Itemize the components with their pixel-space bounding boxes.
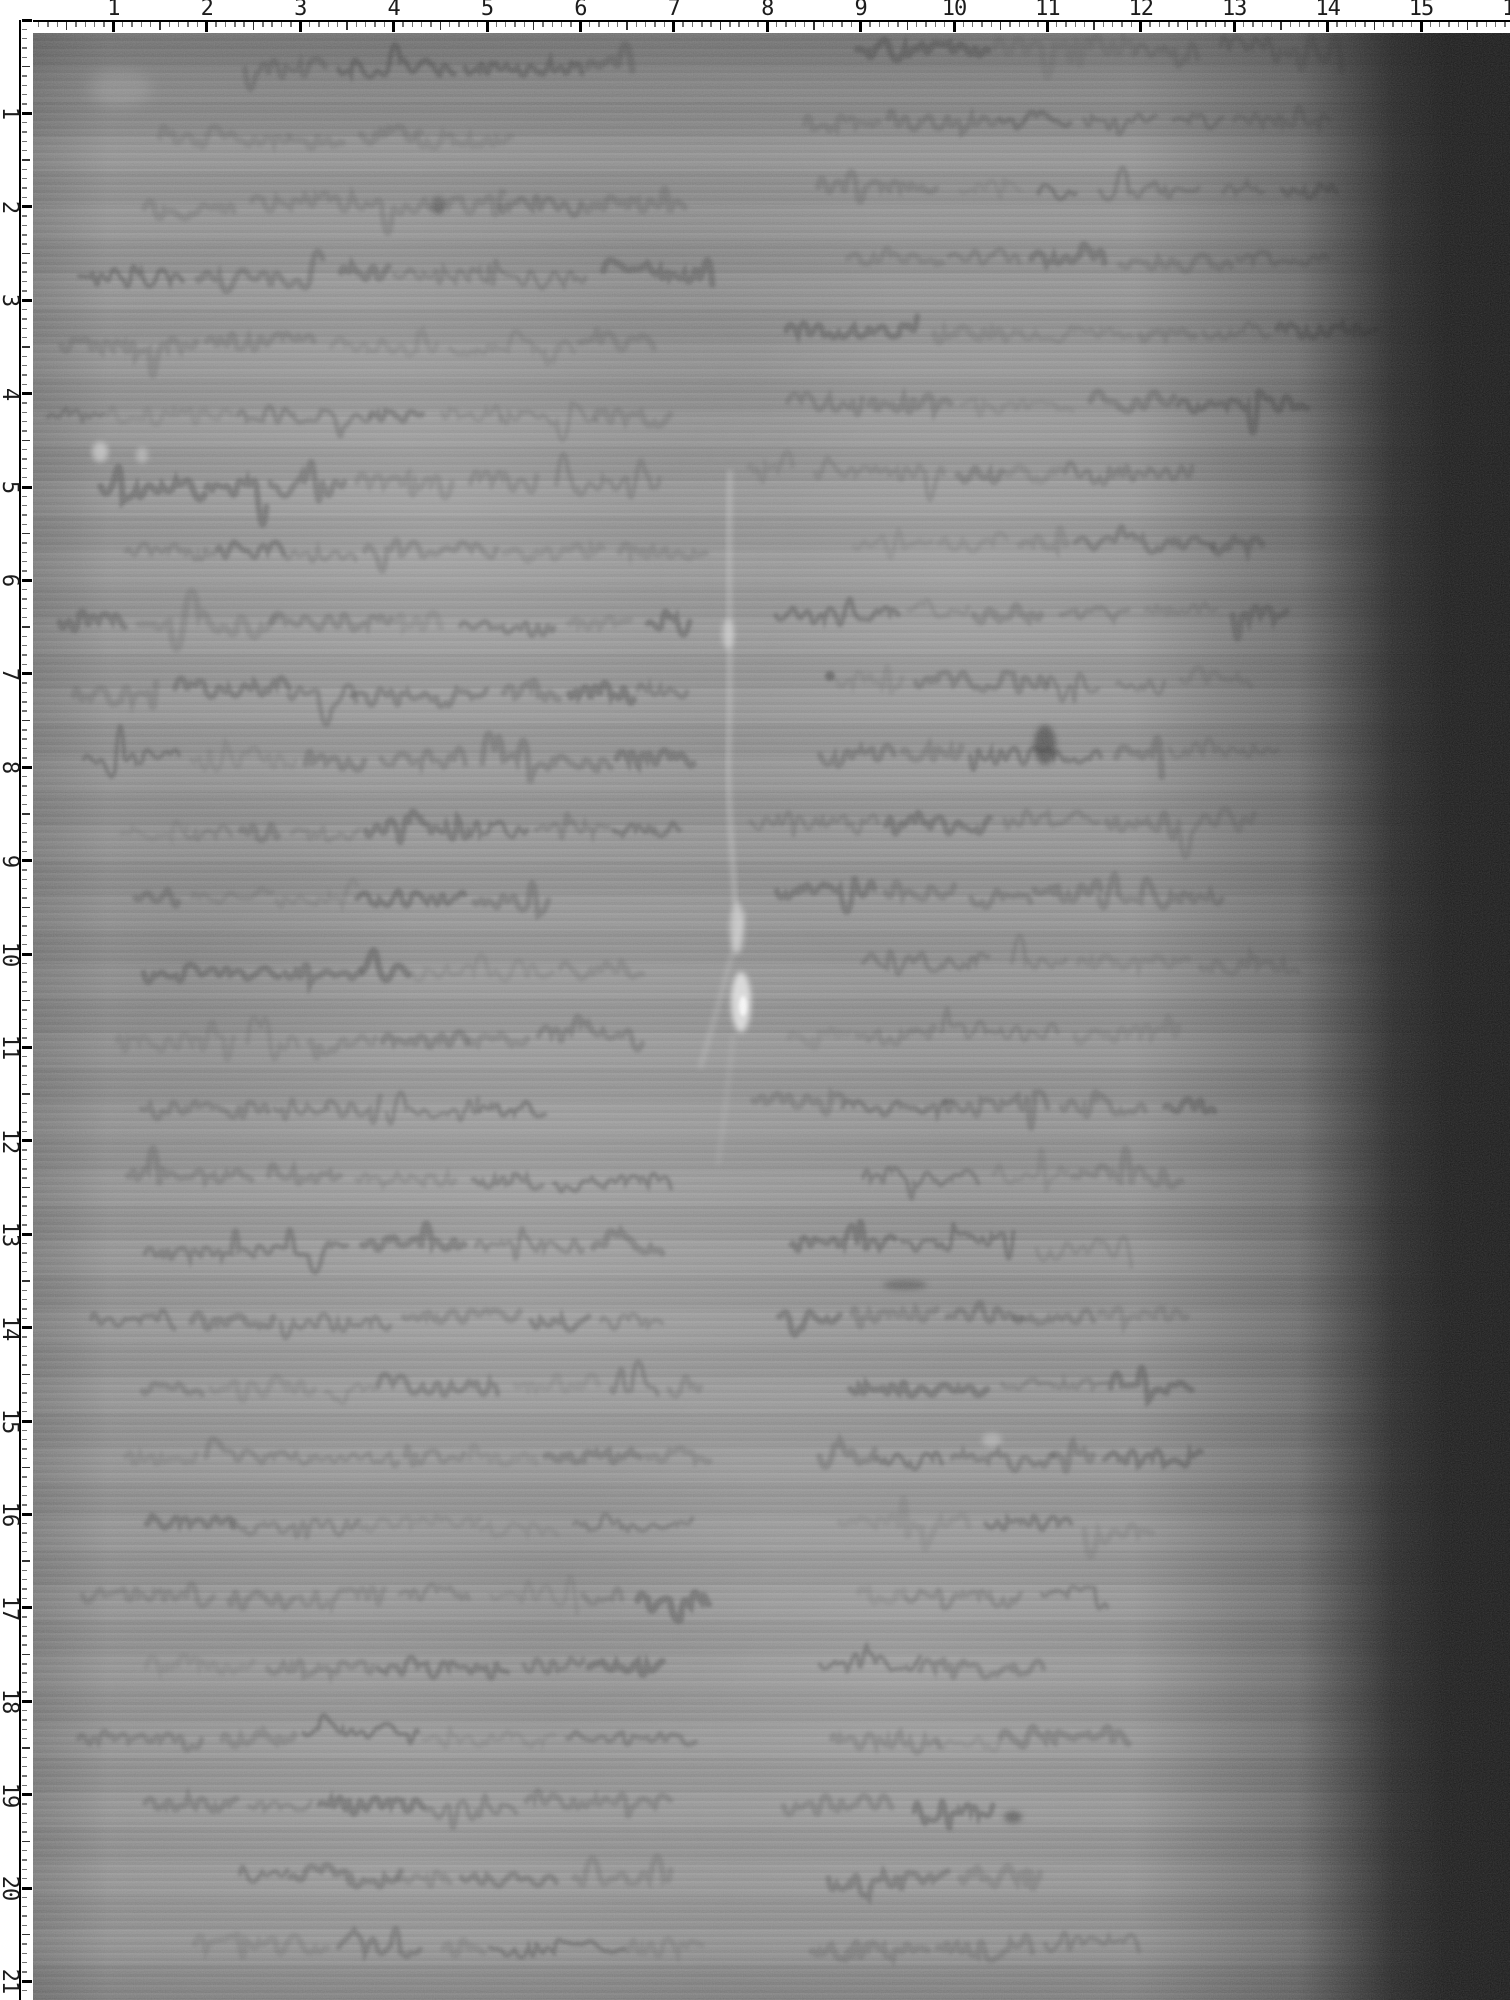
ruler-tick bbox=[766, 22, 769, 32]
ruler-tick bbox=[22, 1075, 28, 1076]
ruler-tick bbox=[197, 22, 198, 28]
ruler-tick bbox=[22, 299, 32, 302]
ruler-tick bbox=[22, 29, 28, 30]
ruler-tick bbox=[505, 22, 506, 28]
ruler-tick bbox=[22, 1570, 28, 1571]
ruler-tick bbox=[22, 1878, 28, 1879]
ruler-tick bbox=[22, 1897, 28, 1898]
ruler-tick bbox=[1215, 22, 1216, 28]
ruler-tick bbox=[1476, 22, 1477, 28]
ruler-tick bbox=[22, 1420, 32, 1423]
ruler-tick bbox=[328, 22, 329, 28]
ruler-tick bbox=[1326, 22, 1329, 32]
ruler-tick bbox=[22, 486, 32, 489]
top-ruler-number: 6 bbox=[574, 0, 586, 19]
ruler-tick bbox=[981, 22, 982, 28]
ruler-tick bbox=[131, 22, 132, 28]
ruler-tick bbox=[477, 22, 478, 28]
ruler-tick bbox=[1346, 22, 1347, 28]
ruler-tick bbox=[309, 22, 310, 28]
ruler-tick bbox=[22, 1980, 32, 1983]
ruler-tick bbox=[496, 22, 497, 28]
ruler-tick bbox=[22, 729, 28, 730]
ruler-tick bbox=[22, 701, 28, 702]
ruler-tick bbox=[22, 1738, 28, 1739]
ruler-tick bbox=[1028, 22, 1029, 28]
ruler-tick bbox=[570, 22, 571, 28]
ruler-tick bbox=[22, 1355, 28, 1356]
ruler-tick bbox=[823, 22, 824, 28]
ruler-tick bbox=[22, 57, 28, 58]
ruler-tick bbox=[972, 22, 973, 28]
ruler-tick bbox=[22, 1626, 28, 1627]
ruler-tick bbox=[22, 859, 32, 862]
ruler-tick bbox=[654, 22, 655, 28]
ruler-tick bbox=[22, 1785, 28, 1786]
ruler-tick bbox=[22, 1542, 28, 1543]
ruler-tick bbox=[22, 944, 28, 945]
manuscript-scan: 012345678910111213141516 123456789101112… bbox=[0, 0, 1510, 2000]
ruler-tick bbox=[22, 1953, 28, 1954]
ruler-tick bbox=[22, 1579, 28, 1580]
ruler-tick bbox=[1262, 22, 1263, 28]
ruler-tick bbox=[748, 22, 749, 28]
ruler-tick bbox=[22, 328, 28, 329]
ruler-tick bbox=[94, 22, 95, 28]
ruler-tick bbox=[22, 1990, 28, 1991]
ruler-tick bbox=[22, 1065, 28, 1066]
ruler-tick bbox=[1374, 22, 1375, 30]
left-ruler-number: 20 bbox=[0, 1876, 19, 1901]
left-ruler-number: 11 bbox=[0, 1035, 19, 1060]
ruler-tick bbox=[533, 22, 534, 30]
ruler-tick bbox=[22, 402, 28, 403]
ruler-tick bbox=[22, 1139, 32, 1142]
ruler-tick bbox=[22, 1841, 30, 1842]
ruler-tick bbox=[22, 935, 28, 936]
ruler-tick bbox=[22, 103, 28, 104]
ruler-tick bbox=[22, 85, 28, 86]
ruler-tick bbox=[729, 22, 730, 28]
ruler-tick bbox=[486, 22, 489, 32]
ruler-tick bbox=[22, 290, 28, 291]
ruler-tick bbox=[720, 22, 721, 30]
ruler-tick bbox=[22, 598, 28, 599]
ruler-tick bbox=[795, 22, 796, 28]
ruler-tick bbox=[22, 561, 28, 562]
ruler-tick bbox=[925, 22, 926, 28]
ruler-tick bbox=[374, 22, 375, 28]
ruler-tick bbox=[22, 1326, 32, 1329]
ruler-tick bbox=[22, 1028, 28, 1029]
ruler-tick bbox=[22, 1700, 32, 1703]
ruler-tick bbox=[626, 22, 627, 30]
ruler-tick bbox=[888, 22, 889, 28]
ruler-tick bbox=[318, 22, 319, 28]
ruler-tick bbox=[22, 1037, 28, 1038]
ruler-tick bbox=[22, 1177, 28, 1178]
ruler-tick bbox=[22, 1915, 28, 1916]
ruler-tick bbox=[22, 1364, 28, 1365]
ruler-tick bbox=[22, 710, 28, 711]
ruler-tick bbox=[22, 851, 28, 852]
lighting-shade-and-black-band bbox=[33, 33, 1510, 2000]
ruler-tick bbox=[22, 1224, 28, 1225]
ruler-tick bbox=[22, 1588, 28, 1589]
ruler-tick bbox=[22, 1383, 28, 1384]
ruler-tick bbox=[944, 22, 945, 28]
ruler-tick bbox=[22, 645, 28, 646]
ruler-tick bbox=[22, 1299, 28, 1300]
ruler-tick bbox=[963, 22, 964, 28]
ruler-tick bbox=[22, 1616, 28, 1617]
ruler-tick bbox=[1290, 22, 1291, 28]
left-ruler-number: 4 bbox=[0, 387, 19, 399]
ruler-tick bbox=[22, 1850, 28, 1851]
ruler-tick bbox=[57, 22, 58, 28]
ruler-tick bbox=[542, 22, 543, 28]
ruler-tick bbox=[281, 22, 282, 28]
ruler-tick bbox=[22, 626, 30, 627]
ruler-tick bbox=[22, 1243, 28, 1244]
left-ruler-number: 16 bbox=[0, 1502, 19, 1527]
ruler-tick bbox=[785, 22, 786, 28]
left-ruler-number: 8 bbox=[0, 761, 19, 773]
ruler-tick bbox=[1177, 22, 1178, 28]
ruler-tick bbox=[1131, 22, 1132, 28]
ruler-tick bbox=[22, 1262, 28, 1263]
ruler-tick bbox=[879, 22, 880, 28]
ruler-tick bbox=[22, 879, 28, 880]
ruler-tick bbox=[1243, 22, 1244, 28]
ruler-tick bbox=[22, 47, 28, 48]
ruler-tick bbox=[225, 22, 226, 28]
left-ruler-number: 17 bbox=[0, 1596, 19, 1621]
ruler-tick bbox=[22, 1606, 32, 1609]
ruler-tick bbox=[22, 412, 28, 413]
ruler-tick bbox=[187, 22, 188, 28]
ruler-tick bbox=[253, 22, 254, 30]
left-ruler-number: 21 bbox=[0, 1969, 19, 1994]
ruler-tick bbox=[22, 374, 28, 375]
ruler-tick bbox=[337, 22, 338, 28]
ruler-tick bbox=[22, 197, 28, 198]
ruler-tick bbox=[22, 1822, 28, 1823]
ruler-tick bbox=[22, 1402, 28, 1403]
ruler-tick bbox=[1121, 22, 1122, 28]
top-ruler-number: 5 bbox=[481, 0, 493, 19]
ruler-tick bbox=[22, 1215, 28, 1216]
ruler-tick bbox=[22, 1084, 28, 1085]
ruler-tick bbox=[22, 748, 28, 749]
left-ruler-number: 14 bbox=[0, 1315, 19, 1340]
ruler-tick bbox=[22, 1205, 28, 1206]
ruler-tick bbox=[1448, 22, 1449, 28]
ruler-tick bbox=[22, 1046, 32, 1049]
ruler-tick bbox=[22, 1971, 28, 1972]
ruler-tick bbox=[22, 813, 30, 814]
ruler-tick bbox=[1019, 22, 1020, 28]
ruler-tick bbox=[22, 112, 32, 115]
ruler-tick bbox=[22, 682, 28, 683]
ruler-tick bbox=[22, 1729, 28, 1730]
ruler-tick bbox=[22, 766, 32, 769]
ruler-tick bbox=[22, 122, 28, 123]
ruler-tick bbox=[299, 22, 302, 32]
left-ruler-number: 12 bbox=[0, 1129, 19, 1154]
top-ruler-number: 14 bbox=[1315, 0, 1340, 19]
ruler-tick bbox=[262, 22, 263, 28]
ruler-tick bbox=[22, 1775, 28, 1776]
ruler-tick bbox=[22, 205, 32, 208]
ruler-tick bbox=[897, 22, 898, 28]
ruler-tick bbox=[22, 1551, 28, 1552]
ruler-tick bbox=[22, 1532, 28, 1533]
ruler-tick bbox=[22, 1476, 28, 1477]
ruler-tick bbox=[22, 1290, 28, 1291]
ruler-tick bbox=[22, 832, 28, 833]
top-ruler-number: 1 bbox=[107, 0, 119, 19]
ruler-tick bbox=[22, 981, 28, 982]
ruler-tick bbox=[608, 22, 609, 28]
ruler-tick bbox=[234, 22, 235, 28]
ruler-tick bbox=[22, 1682, 28, 1683]
ruler-tick bbox=[851, 22, 852, 28]
ruler-tick bbox=[22, 38, 28, 39]
ruler-tick bbox=[22, 449, 28, 450]
ruler-tick bbox=[1495, 22, 1496, 28]
ruler-tick bbox=[1364, 22, 1365, 28]
ruler-tick bbox=[22, 1513, 32, 1516]
ruler-tick bbox=[75, 22, 76, 28]
ruler-tick bbox=[22, 1869, 28, 1870]
ruler-tick bbox=[710, 22, 711, 28]
ruler-tick bbox=[22, 1467, 30, 1468]
ruler-tick bbox=[22, 94, 28, 95]
ruler-tick bbox=[66, 22, 67, 30]
ruler-tick bbox=[1103, 22, 1104, 28]
ruler-tick bbox=[598, 22, 599, 28]
top-ruler-number: 16 bbox=[1502, 0, 1510, 19]
ruler-tick bbox=[22, 159, 30, 160]
ruler-tick bbox=[1037, 22, 1038, 28]
ruler-tick bbox=[22, 384, 28, 385]
ruler-tick bbox=[421, 22, 422, 28]
ruler-tick bbox=[47, 22, 48, 28]
ruler-tick bbox=[22, 1168, 28, 1169]
ruler-tick bbox=[22, 225, 28, 226]
ruler-tick bbox=[22, 963, 28, 964]
ruler-tick bbox=[22, 533, 30, 534]
ruler-tick bbox=[141, 22, 142, 28]
ruler-tick bbox=[22, 1149, 28, 1150]
ruler-tick bbox=[22, 720, 30, 721]
ruler-tick bbox=[22, 66, 30, 67]
ruler-tick bbox=[22, 1747, 30, 1748]
ruler-tick bbox=[22, 1793, 32, 1796]
ruler-tick bbox=[22, 1598, 28, 1599]
ruler-tick bbox=[22, 1271, 28, 1272]
ruler-tick bbox=[22, 1131, 28, 1132]
ruler-tick bbox=[1159, 22, 1160, 28]
ruler-tick bbox=[1233, 22, 1236, 32]
ruler-tick bbox=[22, 1504, 28, 1505]
ruler-tick bbox=[243, 22, 244, 28]
ruler-tick bbox=[22, 664, 28, 665]
ruler-tick bbox=[22, 1710, 28, 1711]
ruler-tick bbox=[22, 1112, 28, 1113]
ruler-tick bbox=[1252, 22, 1253, 28]
ruler-tick bbox=[692, 22, 693, 28]
ruler-tick bbox=[449, 22, 450, 28]
ruler-tick bbox=[22, 262, 28, 263]
ruler-tick bbox=[22, 1887, 32, 1890]
ruler-tick bbox=[935, 22, 936, 28]
ruler-tick bbox=[1000, 22, 1001, 30]
ruler-tick bbox=[22, 1691, 28, 1692]
ruler-tick bbox=[22, 1121, 28, 1122]
ruler-tick bbox=[22, 215, 28, 216]
ruler-tick bbox=[514, 22, 515, 28]
top-ruler-number: 10 bbox=[942, 0, 967, 19]
ruler-tick bbox=[1420, 22, 1423, 32]
ruler-tick bbox=[22, 589, 28, 590]
ruler-tick bbox=[22, 1813, 28, 1814]
ruler-tick bbox=[22, 608, 28, 609]
ruler-tick bbox=[1355, 22, 1356, 28]
ruler-tick bbox=[22, 234, 28, 235]
ruler-tick bbox=[1439, 22, 1440, 28]
ruler-tick bbox=[103, 22, 104, 28]
ruler-tick bbox=[22, 1906, 28, 1907]
ruler-tick bbox=[1383, 22, 1384, 28]
ruler-tick bbox=[402, 22, 403, 28]
ruler-tick bbox=[22, 1187, 30, 1188]
left-ruler-number: 18 bbox=[0, 1689, 19, 1714]
ruler-tick bbox=[579, 22, 582, 32]
ruler-tick bbox=[22, 1757, 28, 1758]
ruler-tick bbox=[22, 1523, 28, 1524]
ruler-tick bbox=[22, 178, 28, 179]
top-ruler-number: 12 bbox=[1129, 0, 1154, 19]
ruler-tick bbox=[22, 795, 28, 796]
top-ruler-number: 15 bbox=[1409, 0, 1434, 19]
ruler-tick bbox=[1065, 22, 1066, 28]
ruler-tick bbox=[150, 22, 151, 28]
ruler-tick bbox=[1046, 22, 1049, 32]
ruler-tick bbox=[22, 552, 28, 553]
ruler-tick bbox=[392, 22, 395, 32]
ruler-tick bbox=[356, 22, 357, 28]
ruler-tick bbox=[22, 1486, 28, 1487]
ruler-tick bbox=[22, 1318, 28, 1319]
ruler-tick bbox=[22, 738, 28, 739]
ruler-tick bbox=[22, 1336, 28, 1337]
ruler-tick bbox=[1139, 22, 1142, 32]
ruler-tick bbox=[1205, 22, 1206, 28]
ruler-tick bbox=[22, 570, 28, 571]
ruler-tick bbox=[1009, 22, 1010, 28]
ruler-tick bbox=[22, 271, 28, 272]
ruler-tick bbox=[159, 22, 160, 30]
ruler-tick bbox=[22, 804, 28, 805]
ruler-tick bbox=[22, 1000, 30, 1001]
ruler-tick bbox=[22, 1308, 28, 1309]
ruler-tick bbox=[916, 22, 917, 28]
left-ruler-number: 19 bbox=[0, 1782, 19, 1807]
top-ruler-number: 4 bbox=[387, 0, 399, 19]
ruler-tick bbox=[22, 542, 28, 543]
ruler-tick bbox=[22, 1925, 28, 1926]
ruler-tick bbox=[22, 131, 28, 132]
ruler-tick bbox=[991, 22, 992, 28]
ruler-tick bbox=[22, 1943, 28, 1944]
ruler-tick bbox=[22, 440, 30, 441]
ruler-tick bbox=[22, 75, 28, 76]
ruler-tick bbox=[22, 150, 28, 151]
ruler-tick bbox=[22, 1411, 28, 1412]
ruler-tick bbox=[1093, 22, 1094, 30]
ruler-tick bbox=[22, 1719, 28, 1720]
ruler-tick bbox=[1075, 22, 1076, 28]
ruler-tick bbox=[468, 22, 469, 28]
ruler-tick bbox=[22, 841, 28, 842]
ruler-tick bbox=[1336, 22, 1337, 28]
ruler-tick bbox=[290, 22, 291, 28]
ruler-tick bbox=[672, 22, 675, 32]
ruler-tick bbox=[22, 617, 28, 618]
ruler-tick bbox=[22, 972, 28, 973]
top-ruler-number: 8 bbox=[761, 0, 773, 19]
ruler-tick bbox=[22, 1346, 28, 1347]
ruler-tick bbox=[22, 1439, 28, 1440]
ruler-tick bbox=[664, 22, 665, 28]
ruler-tick bbox=[22, 1672, 28, 1673]
ruler-tick bbox=[122, 22, 123, 28]
ruler-tick bbox=[22, 1103, 28, 1104]
left-ruler-number: 1 bbox=[0, 107, 19, 119]
ruler-tick bbox=[682, 22, 683, 28]
ruler-tick bbox=[22, 823, 28, 824]
ruler-tick bbox=[1056, 22, 1057, 28]
ruler-tick bbox=[1224, 22, 1225, 28]
ruler-tick bbox=[22, 1056, 28, 1057]
ruler-tick bbox=[645, 22, 646, 28]
ruler-tick bbox=[22, 1374, 30, 1375]
ruler-tick bbox=[22, 169, 28, 170]
ruler-tick bbox=[561, 22, 562, 28]
ruler-tick bbox=[22, 1280, 30, 1281]
ruler-tick bbox=[1458, 22, 1459, 28]
ruler-tick bbox=[22, 991, 28, 992]
ruler-tick bbox=[953, 22, 956, 32]
ruler-tick bbox=[22, 281, 28, 282]
ruler-tick bbox=[1271, 22, 1272, 28]
ruler-tick bbox=[617, 22, 618, 28]
ruler-tick bbox=[22, 1159, 28, 1160]
ruler-tick bbox=[859, 22, 862, 32]
ruler-tick bbox=[22, 953, 32, 956]
ruler-tick bbox=[22, 897, 28, 898]
ruler-tick bbox=[22, 916, 28, 917]
ruler-tick bbox=[384, 22, 385, 28]
ruler-tick bbox=[22, 692, 28, 693]
ruler-tick bbox=[22, 19, 32, 22]
ruler-tick bbox=[430, 22, 431, 28]
ruler-tick bbox=[412, 22, 413, 28]
ruler-tick bbox=[636, 22, 637, 28]
ruler-tick bbox=[524, 22, 525, 28]
